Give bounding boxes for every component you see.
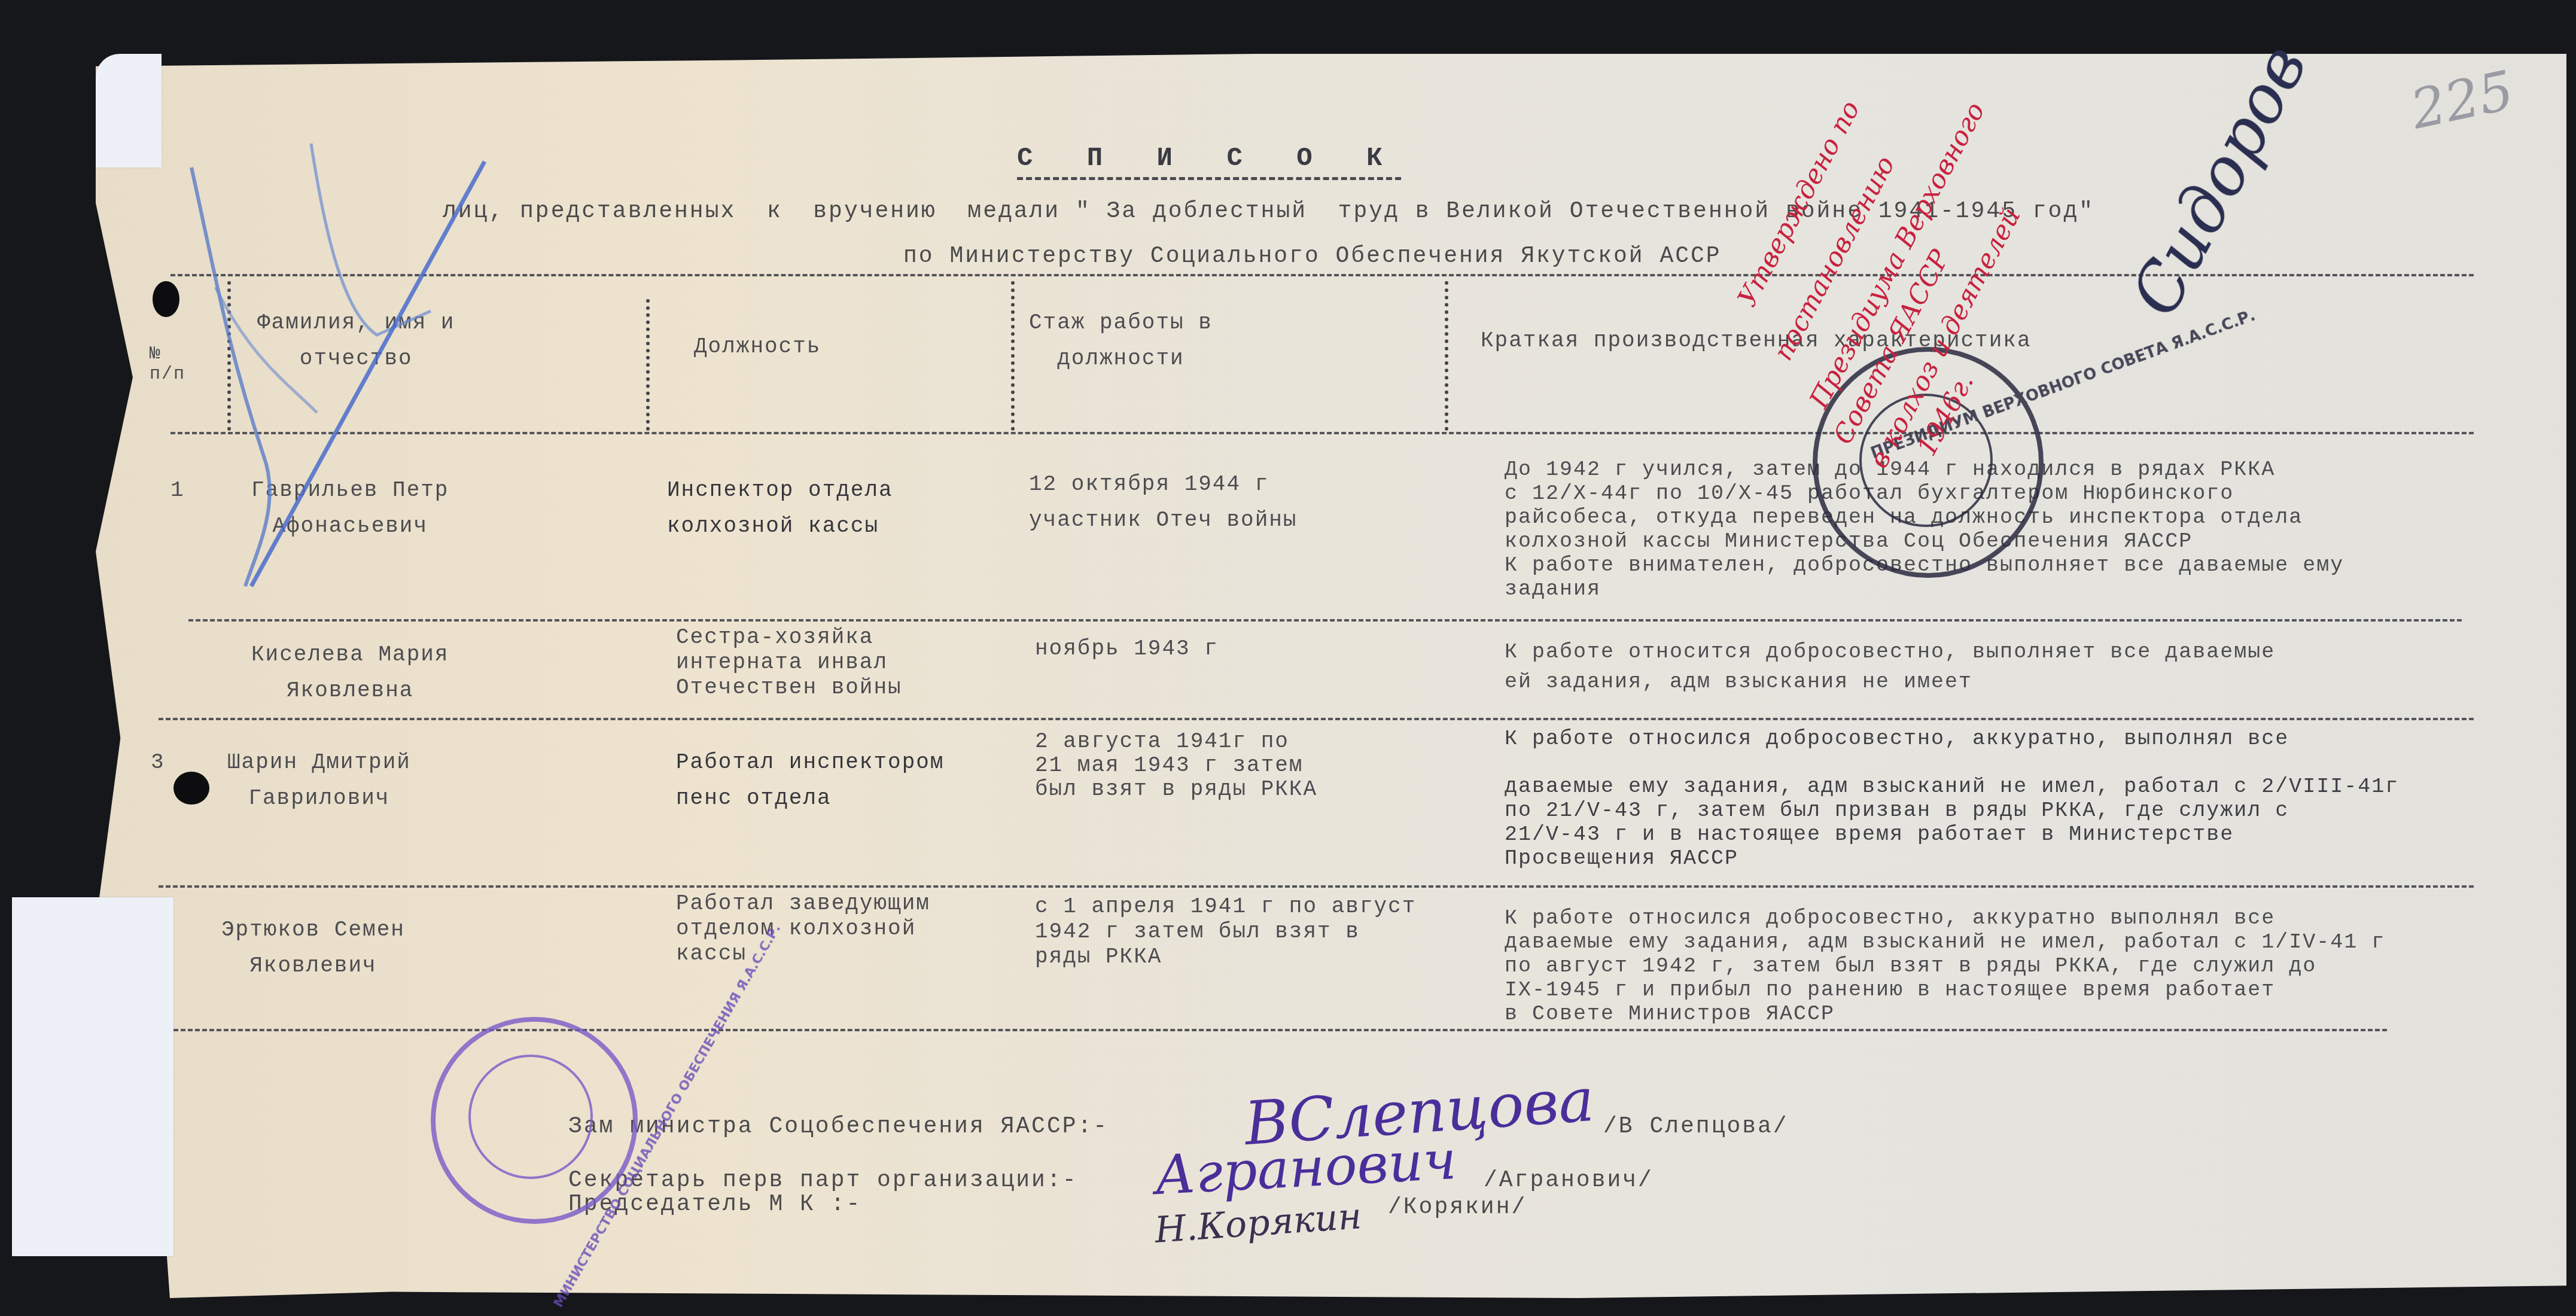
header-tenure: Стаж работы в должности xyxy=(1029,305,1213,377)
row-name: Эртюков Семен Яковлевич xyxy=(221,912,405,984)
signature-name-3: /Корякин/ xyxy=(1388,1196,1527,1219)
row-position: Сестра-хозяйка интерната инвал Отечестве… xyxy=(676,625,902,700)
archival-tape-top xyxy=(96,54,162,167)
row-tenure: 2 августа 1941г по 21 мая 1943 г затем б… xyxy=(1035,730,1317,802)
row-position: Работал инспектором пенс отдела xyxy=(676,745,944,817)
header-position: Должность xyxy=(694,329,821,365)
row-characteristic: К работе относился добросовестно, аккура… xyxy=(1505,906,2385,1026)
punch-hole xyxy=(153,281,179,317)
table-col-sep xyxy=(646,299,650,431)
row-characteristic: К работе относится добросовестно, выполн… xyxy=(1505,637,2275,697)
document-subtitle-2: по Министерству Социального Обеспечения … xyxy=(903,245,1722,268)
row-tenure: ноябрь 1943 г xyxy=(1035,631,1219,667)
punch-hole xyxy=(173,772,209,805)
signature-name-1: /В Слепцова/ xyxy=(1603,1116,1789,1138)
row-name: Шарин Дмитрий Гаврилович xyxy=(227,745,411,817)
row-position: Работал заведующим отделом колхозной кас… xyxy=(676,891,930,967)
table-rule-row2 xyxy=(159,718,2474,720)
row-tenure: 12 октября 1944 г участник Отеч войны xyxy=(1029,467,1297,538)
row-tenure: с 1 апреля 1941 г по август 1942 г затем… xyxy=(1035,894,1416,970)
table-rule-row3 xyxy=(159,885,2474,888)
table-col-sep xyxy=(1011,281,1015,431)
table-rule-header xyxy=(170,432,2474,434)
row-position: Инспектор отдела колхозной кассы xyxy=(667,473,893,544)
row-characteristic: К работе относился добросовестно, аккура… xyxy=(1505,727,2399,870)
ministry-stamp: МИНИСТЕРСТВО СОЦИАЛЬНОГО ОБЕСПЕЧЕНИЯ Я.А… xyxy=(431,1017,638,1224)
row-name: Киселева Мария Яковлевна xyxy=(251,637,449,709)
blue-pencil-mark-icon xyxy=(179,132,508,598)
row-num: 3 xyxy=(151,745,165,781)
signature-name-2: /Агранович/ xyxy=(1484,1169,1654,1192)
document-title: С П И С О К xyxy=(1017,144,1401,180)
table-rule-row1 xyxy=(188,619,2462,622)
table-col-sep xyxy=(1445,281,1448,431)
archival-tape-bottom xyxy=(12,897,173,1256)
signature-role-2: Секретарь перв парт организации:- xyxy=(568,1169,1078,1192)
